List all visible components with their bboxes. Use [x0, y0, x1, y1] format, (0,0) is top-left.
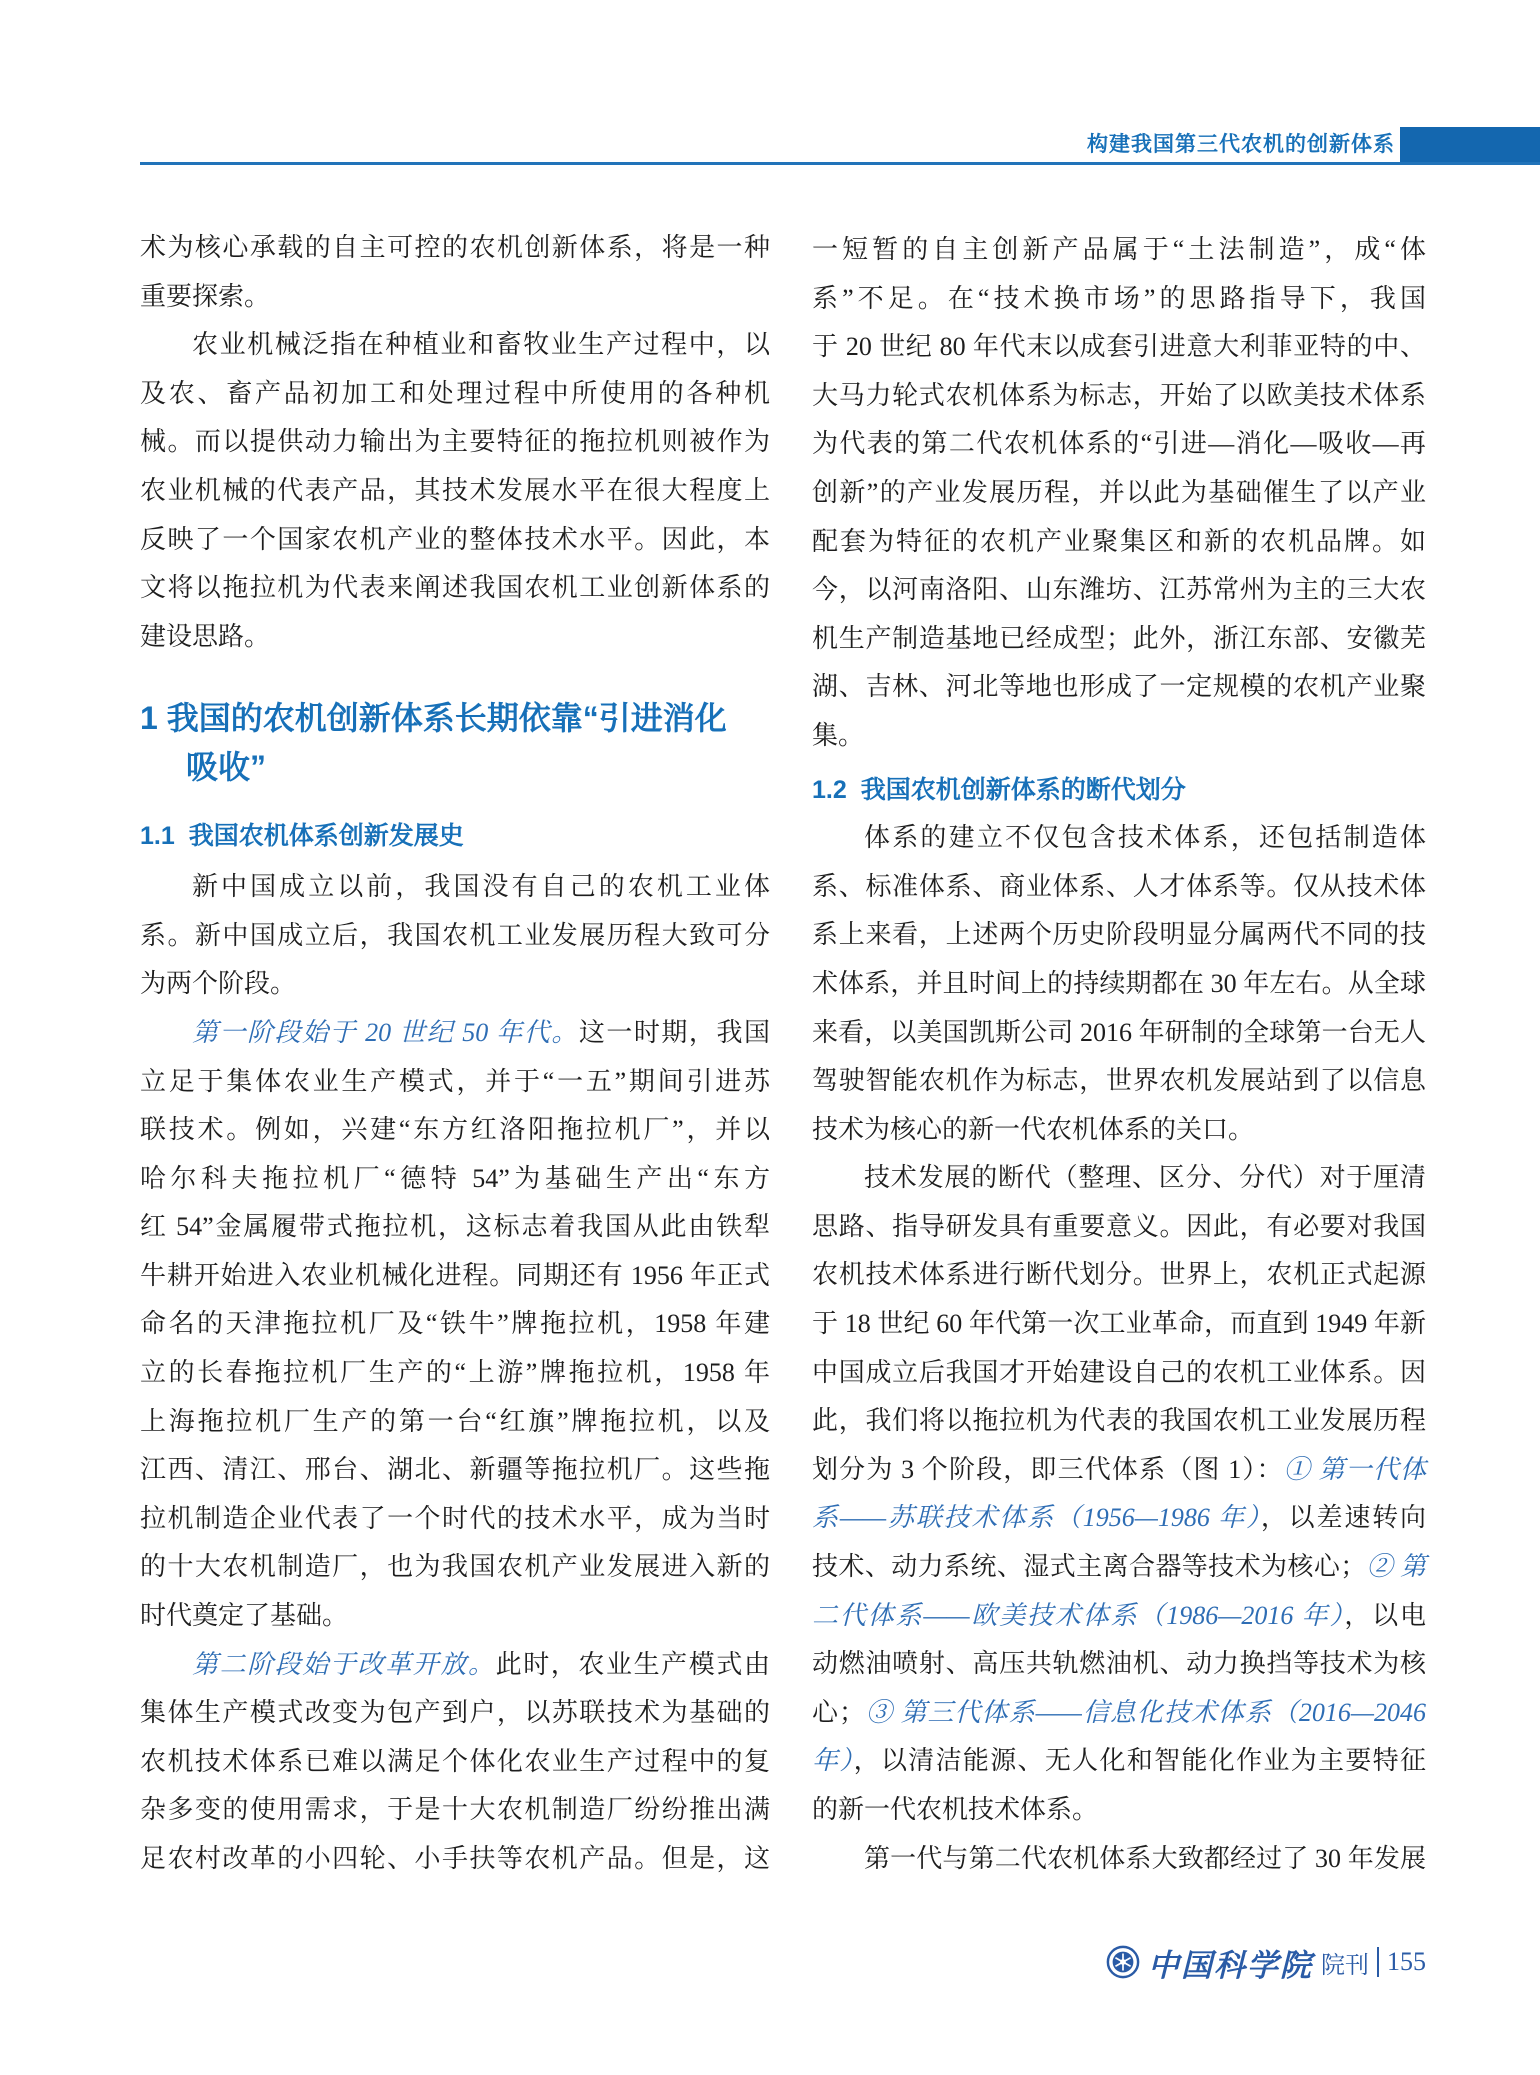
- text-line: 农机技术体系进行断代划分。世界上，农机正式起源: [812, 1251, 1426, 1300]
- emphasis-text: 系——苏联技术体系（1956—1986 年）: [812, 1503, 1261, 1532]
- body-text: 技术发展的断代（整理、区分、分代）对于厘清: [864, 1163, 1426, 1192]
- text-line: 动燃油喷射、高压共轨燃油机、动力换挡等技术为核: [812, 1640, 1426, 1689]
- text-line: 于 18 世纪 60 年代第一次工业革命，而直到 1949 年新: [812, 1300, 1426, 1349]
- text-line: 农机技术体系已难以满足个体化农业生产过程中的复: [140, 1738, 770, 1787]
- body-text: 农机技术体系已难以满足个体化农业生产过程中的复: [140, 1747, 770, 1776]
- text-line: 牛耕开始进入农业机械化进程。同期还有 1956 年正式: [140, 1252, 770, 1301]
- text-line: 配套为特征的农机产业聚集区和新的农机品牌。如: [812, 518, 1426, 567]
- body-text: 立足于集体农业生产模式，并于“一五”期间引进苏: [140, 1067, 770, 1096]
- text-line: 立足于集体农业生产模式，并于“一五”期间引进苏: [140, 1058, 770, 1107]
- text-line: 命名的天津拖拉机厂及“铁牛”牌拖拉机，1958 年建: [140, 1300, 770, 1349]
- journal-footer: 中国科学院 院刊 155: [1106, 1942, 1426, 1982]
- text-line: 农业机械的代表产品，其技术发展水平在很大程度上: [140, 467, 770, 516]
- text-line: 思路、指导研发具有重要意义。因此，有必要对我国: [812, 1203, 1426, 1252]
- body-text: 的新一代农机技术体系。: [812, 1795, 1098, 1824]
- subsection-title: 我国农机创新体系的断代划分: [861, 776, 1186, 804]
- body-text: 于 20 世纪 80 年代末以成套引进意大利菲亚特的中、: [812, 332, 1426, 361]
- text-line: 上海拖拉机厂生产的第一台“红旗”牌拖拉机，以及: [140, 1398, 770, 1447]
- text-line: 建设思路。: [140, 613, 770, 662]
- text-line: 系。新中国成立后，我国农机工业发展历程大致可分: [140, 912, 770, 961]
- body-text: 农业机械泛指在种植业和畜牧业生产过程中，以: [192, 330, 770, 359]
- text-line: 江西、清江、邢台、湖北、新疆等拖拉机厂。这些拖: [140, 1446, 770, 1495]
- subsection-heading: 1.2我国农机创新体系的断代划分: [812, 766, 1426, 815]
- emphasis-text: ② 第: [1366, 1552, 1426, 1581]
- text-line: 驾驶智能农机作为标志，世界农机发展站到了以信息: [812, 1057, 1426, 1106]
- section-heading-line: 1 我国的农机创新体系长期依靠“引进消化: [140, 694, 770, 743]
- body-text: 大马力轮式农机体系为标志，开始了以欧美技术体系: [812, 381, 1426, 410]
- body-text: 技术为核心的新一代农机体系的关口。: [812, 1115, 1254, 1144]
- body-text: 重要探索。: [140, 282, 270, 311]
- body-text: 心；: [812, 1698, 865, 1727]
- header-rule: [140, 162, 1540, 165]
- text-line: 新中国成立以前，我国没有自己的农机工业体: [140, 863, 770, 912]
- body-text: 系、标准体系、商业体系、人才体系等。仅从技术体: [812, 872, 1426, 901]
- body-text: 牛耕开始进入农业机械化进程。同期还有 1956 年正式: [140, 1261, 770, 1290]
- cas-emblem-icon: [1106, 1945, 1140, 1979]
- text-line: 系、标准体系、商业体系、人才体系等。仅从技术体: [812, 863, 1426, 912]
- body-text: 哈尔科夫拖拉机厂“德特 54”为基础生产出“东方: [140, 1164, 770, 1193]
- body-text: 一短暂的自主创新产品属于“土法制造”，成“体: [812, 235, 1426, 264]
- body-text: 今，以河南洛阳、山东潍坊、江苏常州为主的三大农: [812, 575, 1426, 604]
- text-line: 杂多变的使用需求，于是十大农机制造厂纷纷推出满: [140, 1786, 770, 1835]
- text-line: 系上来看，上述两个历史阶段明显分属两代不同的技: [812, 911, 1426, 960]
- text-line: 划分为 3 个阶段，即三代体系（图 1）：① 第一代体: [812, 1446, 1426, 1495]
- body-text: 文将以拖拉机为代表来阐述我国农机工业创新体系的: [140, 573, 770, 602]
- body-text: 技术、动力系统、湿式主离合器等技术为核心；: [812, 1552, 1366, 1581]
- emphasis-text: 年）: [812, 1746, 854, 1775]
- subsection-number: 1.1: [140, 822, 175, 850]
- body-text: 驾驶智能农机作为标志，世界农机发展站到了以信息: [812, 1066, 1426, 1095]
- text-line: 集体生产模式改变为包产到户，以苏联技术为基础的: [140, 1689, 770, 1738]
- page-number: 155: [1387, 1947, 1426, 1977]
- document-page: 构建我国第三代农机的创新体系 术为核心承载的自主可控的农机创新体系，将是一种重要…: [0, 0, 1540, 2075]
- body-text: 建设思路。: [140, 622, 270, 651]
- paragraph-block: 体系的建立不仅包含技术体系，还包括制造体系、标准体系、商业体系、人才体系等。仅从…: [812, 814, 1426, 1883]
- text-line: 年），以清洁能源、无人化和智能化作业为主要特征: [812, 1737, 1426, 1786]
- emphasis-text: 二代体系——欧美技术体系（1986—2016 年）: [812, 1601, 1344, 1630]
- body-text: 于 18 世纪 60 年代第一次工业革命，而直到 1949 年新: [812, 1309, 1426, 1338]
- subsection-heading: 1.1我国农机体系创新发展史: [140, 812, 770, 861]
- text-line: 农业机械泛指在种植业和畜牧业生产过程中，以: [140, 321, 770, 370]
- text-line: 拉机制造企业代表了一个时代的技术水平，成为当时: [140, 1495, 770, 1544]
- body-text: 术体系，并且时间上的持续期都在 30 年左右。从全球: [812, 969, 1426, 998]
- text-line: 中国成立后我国才开始建设自己的农机工业体系。因: [812, 1349, 1426, 1398]
- text-line: 今，以河南洛阳、山东潍坊、江苏常州为主的三大农: [812, 566, 1426, 615]
- right-column: 一短暂的自主创新产品属于“土法制造”，成“体系”不足。在“技术换市场”的思路指导…: [812, 226, 1426, 1883]
- text-line: 技术、动力系统、湿式主离合器等技术为核心；② 第: [812, 1543, 1426, 1592]
- body-text: 立的长春拖拉机厂生产的“上游”牌拖拉机，1958 年: [140, 1358, 770, 1387]
- body-text: 械。而以提供动力输出为主要特征的拖拉机则被作为: [140, 427, 770, 456]
- emphasis-text: 第二阶段始于改革开放。: [192, 1650, 496, 1679]
- text-line: 反映了一个国家农机产业的整体技术水平。因此，本: [140, 516, 770, 565]
- body-text: 农机技术体系进行断代划分。世界上，农机正式起源: [812, 1260, 1426, 1289]
- body-text: 术为核心承载的自主可控的农机创新体系，将是一种: [140, 233, 770, 262]
- text-line: 于 20 世纪 80 年代末以成套引进意大利菲亚特的中、: [812, 323, 1426, 372]
- body-text: 来看，以美国凯斯公司 2016 年研制的全球第一台无人: [812, 1018, 1426, 1047]
- body-text: ，以差速转向: [1261, 1503, 1426, 1532]
- text-line: 第一代与第二代农机体系大致都经过了 30 年发展: [812, 1835, 1426, 1884]
- text-line: 第一阶段始于 20 世纪 50 年代。这一时期，我国: [140, 1009, 770, 1058]
- text-line: 立的长春拖拉机厂生产的“上游”牌拖拉机，1958 年: [140, 1349, 770, 1398]
- text-line: 重要探索。: [140, 273, 770, 322]
- section-heading-line: 吸收”: [140, 743, 770, 792]
- section-heading: 1 我国的农机创新体系长期依靠“引进消化吸收”: [140, 694, 770, 791]
- body-text: 系。新中国成立后，我国农机工业发展历程大致可分: [140, 921, 770, 950]
- body-text: 红 54”金属履带式拖拉机，这标志着我国从此由铁犁: [140, 1212, 770, 1241]
- body-text: 时代奠定了基础。: [140, 1601, 348, 1630]
- text-line: 械。而以提供动力输出为主要特征的拖拉机则被作为: [140, 418, 770, 467]
- text-line: 集。: [812, 712, 1426, 761]
- subsection-number: 1.2: [812, 776, 847, 804]
- body-text: 反映了一个国家农机产业的整体技术水平。因此，本: [140, 525, 770, 554]
- text-line: 技术为核心的新一代农机体系的关口。: [812, 1106, 1426, 1155]
- text-line: 大马力轮式农机体系为标志，开始了以欧美技术体系: [812, 372, 1426, 421]
- body-text: 此时，农业生产模式由: [496, 1650, 770, 1679]
- text-line: 机生产制造基地已经成型；此外，浙江东部、安徽芜: [812, 615, 1426, 664]
- body-text: 体系的建立不仅包含技术体系，还包括制造体: [864, 823, 1426, 852]
- body-text: 划分为 3 个阶段，即三代体系（图 1）：: [812, 1455, 1284, 1484]
- body-text: 集。: [812, 721, 864, 750]
- text-line: 此，我们将以拖拉机为代表的我国农机工业发展历程: [812, 1397, 1426, 1446]
- body-text: 创新”的产业发展历程，并以此为基础催生了以产业: [812, 478, 1426, 507]
- body-text: 的十大农机制造厂，也为我国农机产业发展进入新的: [140, 1552, 770, 1581]
- body-text: 及农、畜产品初加工和处理过程中所使用的各种机: [140, 379, 770, 408]
- emphasis-text: 第一阶段始于 20 世纪 50 年代。: [192, 1018, 579, 1047]
- body-text: 动燃油喷射、高压共轨燃油机、动力换挡等技术为核: [812, 1649, 1426, 1678]
- text-line: 一短暂的自主创新产品属于“土法制造”，成“体: [812, 226, 1426, 275]
- text-line: 为代表的第二代农机体系的“引进—消化—吸收—再: [812, 420, 1426, 469]
- paragraph-block: 新中国成立以前，我国没有自己的农机工业体系。新中国成立后，我国农机工业发展历程大…: [140, 863, 770, 1883]
- text-line: 系”不足。在“技术换市场”的思路指导下，我国: [812, 275, 1426, 324]
- subsection-title: 我国农机体系创新发展史: [189, 822, 464, 850]
- text-line: 创新”的产业发展历程，并以此为基础催生了以产业: [812, 469, 1426, 518]
- text-line: 哈尔科夫拖拉机厂“德特 54”为基础生产出“东方: [140, 1155, 770, 1204]
- body-text: 中国成立后我国才开始建设自己的农机工业体系。因: [812, 1358, 1426, 1387]
- text-line: 时代奠定了基础。: [140, 1592, 770, 1641]
- text-line: 为两个阶段。: [140, 960, 770, 1009]
- journal-name-script: 中国科学院: [1148, 1940, 1313, 1985]
- text-line: 的十大农机制造厂，也为我国农机产业发展进入新的: [140, 1543, 770, 1592]
- text-line: 心；③ 第三代体系——信息化技术体系（2016—2046: [812, 1689, 1426, 1738]
- header-accent-bar: [1400, 127, 1540, 162]
- paragraph-block: 术为核心承载的自主可控的农机创新体系，将是一种重要探索。农业机械泛指在种植业和畜…: [140, 224, 770, 661]
- body-text: 第一代与第二代农机体系大致都经过了 30 年发展: [864, 1844, 1426, 1873]
- running-head-title: 构建我国第三代农机的创新体系: [1087, 128, 1395, 162]
- text-line: 湖、吉林、河北等地也形成了一定规模的农机产业聚: [812, 663, 1426, 712]
- text-line: 系——苏联技术体系（1956—1986 年），以差速转向: [812, 1494, 1426, 1543]
- body-text: 系上来看，上述两个历史阶段明显分属两代不同的技: [812, 920, 1426, 949]
- body-text: 湖、吉林、河北等地也形成了一定规模的农机产业聚: [812, 672, 1426, 701]
- text-line: 文将以拖拉机为代表来阐述我国农机工业创新体系的: [140, 564, 770, 613]
- paragraph-block: 一短暂的自主创新产品属于“土法制造”，成“体系”不足。在“技术换市场”的思路指导…: [812, 226, 1426, 761]
- body-text: 上海拖拉机厂生产的第一台“红旗”牌拖拉机，以及: [140, 1407, 770, 1436]
- text-line: 术为核心承载的自主可控的农机创新体系，将是一种: [140, 224, 770, 273]
- text-line: 的新一代农机技术体系。: [812, 1786, 1426, 1835]
- text-line: 术体系，并且时间上的持续期都在 30 年左右。从全球: [812, 960, 1426, 1009]
- text-line: 二代体系——欧美技术体系（1986—2016 年），以电: [812, 1592, 1426, 1641]
- body-text: 联技术。例如，兴建“东方红洛阳拖拉机厂”，并以: [140, 1115, 770, 1144]
- text-line: 及农、畜产品初加工和处理过程中所使用的各种机: [140, 370, 770, 419]
- body-text: 思路、指导研发具有重要意义。因此，有必要对我国: [812, 1212, 1426, 1241]
- journal-name-suffix: 院刊: [1321, 1945, 1369, 1980]
- body-text: 杂多变的使用需求，于是十大农机制造厂纷纷推出满: [140, 1795, 770, 1824]
- text-line: 技术发展的断代（整理、区分、分代）对于厘清: [812, 1154, 1426, 1203]
- body-text: 此，我们将以拖拉机为代表的我国农机工业发展历程: [812, 1406, 1426, 1435]
- text-line: 联技术。例如，兴建“东方红洛阳拖拉机厂”，并以: [140, 1106, 770, 1155]
- body-text: 命名的天津拖拉机厂及“铁牛”牌拖拉机，1958 年建: [140, 1309, 770, 1338]
- text-line: 红 54”金属履带式拖拉机，这标志着我国从此由铁犁: [140, 1203, 770, 1252]
- body-text: ，以清洁能源、无人化和智能化作业为主要特征: [854, 1746, 1426, 1775]
- emphasis-text: ③ 第三代体系——信息化技术体系（2016—2046: [865, 1698, 1426, 1727]
- text-line: 足农村改革的小四轮、小手扶等农机产品。但是，这: [140, 1835, 770, 1884]
- body-text: 农业机械的代表产品，其技术发展水平在很大程度上: [140, 476, 770, 505]
- emphasis-text: ① 第一代体: [1284, 1455, 1426, 1484]
- text-line: 第二阶段始于改革开放。此时，农业生产模式由: [140, 1641, 770, 1690]
- footer-separator: [1377, 1947, 1379, 1977]
- left-column: 术为核心承载的自主可控的农机创新体系，将是一种重要探索。农业机械泛指在种植业和畜…: [140, 224, 770, 1884]
- body-text: 为代表的第二代农机体系的“引进—消化—吸收—再: [812, 429, 1426, 458]
- body-text: 拉机制造企业代表了一个时代的技术水平，成为当时: [140, 1504, 770, 1533]
- body-text: 集体生产模式改变为包产到户，以苏联技术为基础的: [140, 1698, 770, 1727]
- body-text: 系”不足。在“技术换市场”的思路指导下，我国: [812, 284, 1426, 313]
- body-text: 机生产制造基地已经成型；此外，浙江东部、安徽芜: [812, 624, 1426, 653]
- body-text: 为两个阶段。: [140, 969, 296, 998]
- body-text: ，以电: [1344, 1601, 1426, 1630]
- text-line: 来看，以美国凯斯公司 2016 年研制的全球第一台无人: [812, 1009, 1426, 1058]
- body-text: 足农村改革的小四轮、小手扶等农机产品。但是，这: [140, 1844, 770, 1873]
- body-text: 新中国成立以前，我国没有自己的农机工业体: [192, 872, 770, 901]
- body-text: 江西、清江、邢台、湖北、新疆等拖拉机厂。这些拖: [140, 1455, 770, 1484]
- body-text: 这一时期，我国: [579, 1018, 770, 1047]
- text-line: 体系的建立不仅包含技术体系，还包括制造体: [812, 814, 1426, 863]
- body-text: 配套为特征的农机产业聚集区和新的农机品牌。如: [812, 527, 1426, 556]
